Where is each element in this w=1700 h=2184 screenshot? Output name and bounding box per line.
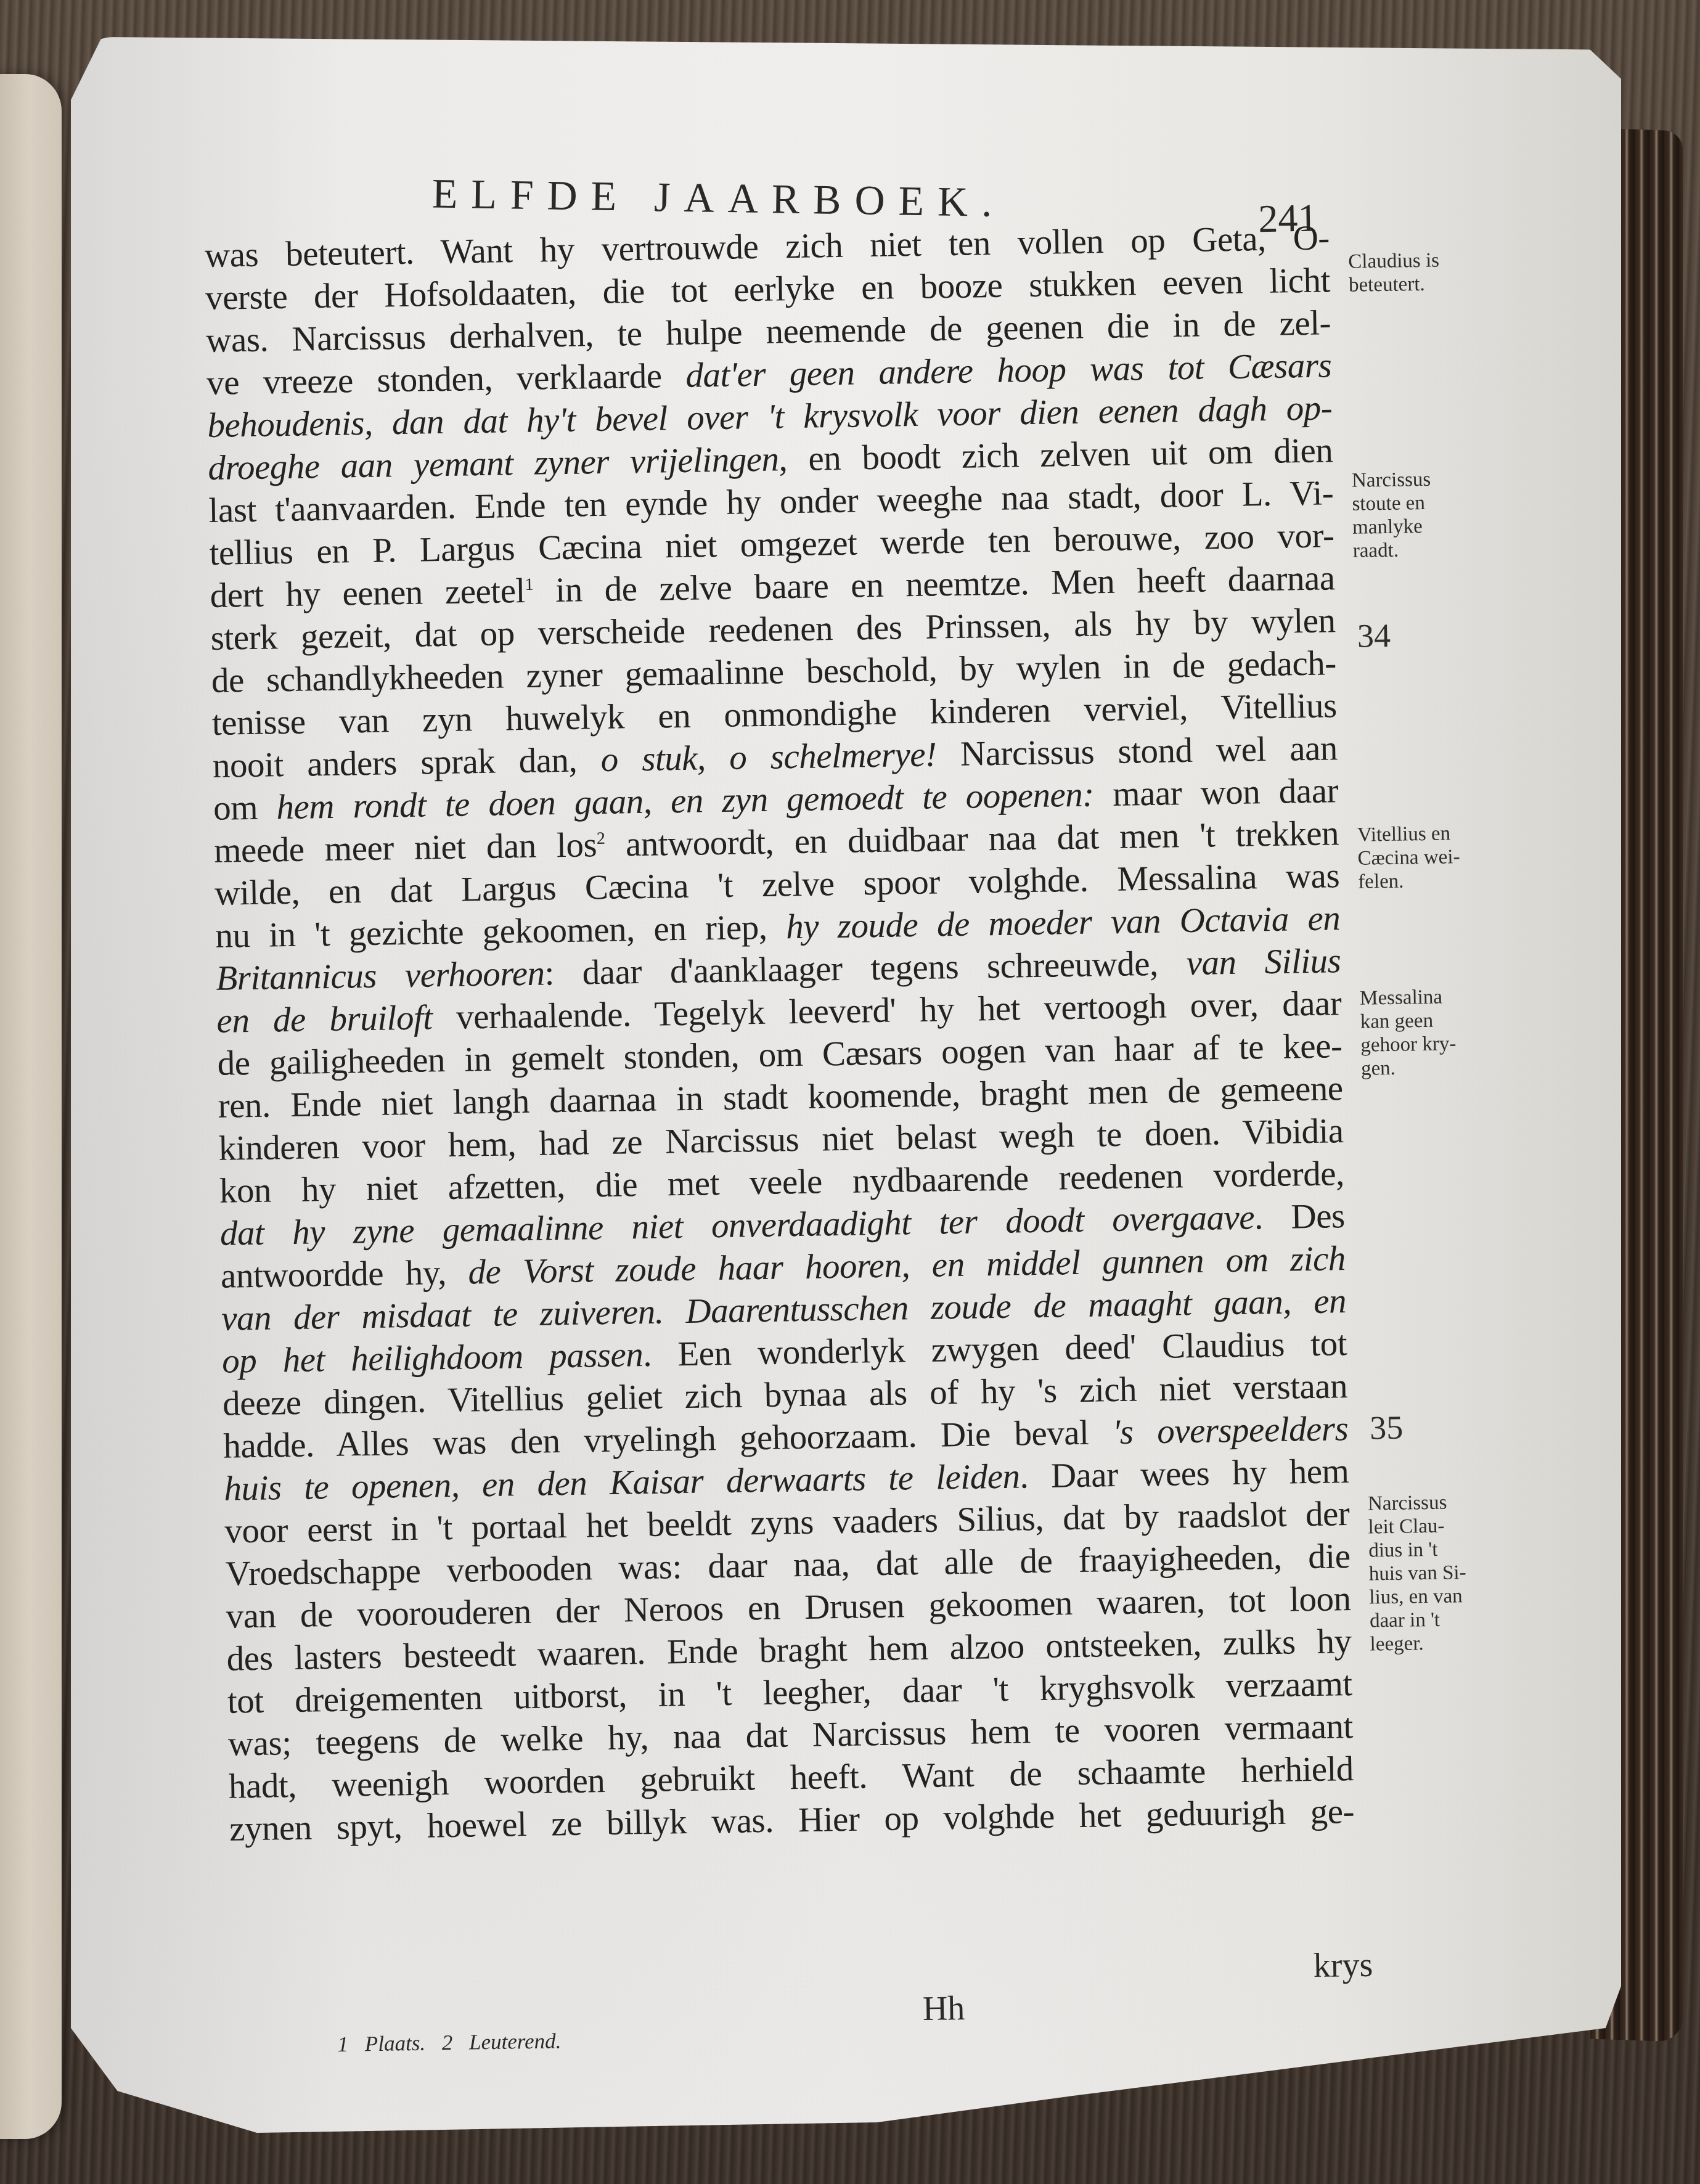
- margin-note-line: Narcissus: [1352, 468, 1431, 493]
- text-run: ve vreeze stonden, verklaarde: [206, 356, 686, 403]
- margin-note: Vitellius enCæcina wei-felen.: [1357, 822, 1461, 894]
- margin-note: Narcissusleit Clau-dius in 'thuis van Si…: [1368, 1491, 1468, 1656]
- margin-note-line: Vitellius en: [1357, 822, 1460, 847]
- margin-note-line: gen.: [1361, 1055, 1457, 1080]
- italic-run: en de bruiloft: [216, 998, 433, 1040]
- margin-note-line: daar in 't: [1370, 1608, 1467, 1632]
- italic-run: hy zoude de moeder van Octavia en: [786, 899, 1341, 946]
- italic-run: op het heilighdoom passen: [222, 1335, 644, 1381]
- margin-note: Narcissusstoute enmanlykeraadt.: [1352, 468, 1432, 563]
- text-run: , en boodt zich zelven uit om dien: [778, 431, 1333, 478]
- italic-run: Britannicus verhooren: [216, 954, 545, 997]
- margin-note-line: stoute en: [1352, 491, 1431, 516]
- running-title: ELFDE JAARBOEK.: [431, 170, 1006, 227]
- margin-note-line: dius in 't: [1368, 1537, 1466, 1562]
- margin-note: Claudius isbeteutert.: [1348, 249, 1440, 297]
- text-run: antwoordde hy,: [221, 1253, 469, 1295]
- section-number: 34: [1357, 616, 1391, 655]
- text-run: nu in 't gezichte gekoomen, en riep,: [215, 907, 787, 955]
- footnote-ref: 1: [525, 575, 533, 594]
- margin-note-line: Messalina: [1360, 985, 1455, 1010]
- margin-note-line: leeger.: [1370, 1631, 1467, 1656]
- margin-note-line: huis van Si-: [1369, 1561, 1466, 1585]
- italic-run: droeghe aan yemant zyner vrijelingen: [208, 440, 779, 488]
- margin-note-line: gehoor kry-: [1360, 1032, 1456, 1057]
- text-run: dert hy eenen zeetel: [210, 571, 525, 615]
- page-content: ELFDE JAARBOEK. 241 was beteutert. Want …: [203, 158, 1357, 1850]
- text-run: Narcissus stond wel aan: [936, 729, 1338, 774]
- margin-note-line: felen.: [1358, 869, 1460, 894]
- text-run: nooit anders sprak dan,: [213, 740, 602, 785]
- facing-page-edge: [0, 74, 62, 2139]
- catchword: krys: [1313, 1945, 1373, 1986]
- section-number: 35: [1370, 1409, 1404, 1447]
- text-run: om: [213, 788, 277, 828]
- margin-note-line: raadt.: [1352, 538, 1432, 563]
- text-run: . Daar wees hy hem: [1020, 1452, 1349, 1495]
- margin-note-line: lius, en van: [1369, 1584, 1466, 1609]
- margin-note-line: Claudius is: [1348, 249, 1439, 274]
- book-page: ELFDE JAARBOEK. 241 was beteutert. Want …: [71, 37, 1621, 2133]
- margin-note-line: Narcissus: [1368, 1491, 1465, 1515]
- margin-note-line: beteutert.: [1349, 272, 1440, 297]
- italic-run: o stuk, o schelmerye!: [600, 735, 937, 779]
- margin-note-line: leit Clau-: [1368, 1514, 1465, 1539]
- italic-run: van Silius: [1186, 941, 1341, 983]
- footnotes: 1 Plaats. 2 Leuterend.: [337, 2029, 561, 2057]
- text-run: . Des: [1254, 1196, 1346, 1237]
- footnote-ref: 2: [597, 829, 605, 848]
- body-text: was beteutert. Want hy vertrouwde zich n…: [204, 216, 1357, 1850]
- margin-note-line: manlyke: [1352, 515, 1432, 539]
- margin-note-line: Cæcina wei-: [1357, 845, 1460, 870]
- margin-note-line: kan geen: [1360, 1008, 1455, 1033]
- text-run: meede meer niet dan los: [214, 825, 597, 870]
- text-run: maar won daar: [1093, 771, 1338, 814]
- margin-note: Messalinakan geengehoor kry-gen.: [1360, 985, 1457, 1080]
- signature-mark: Hh: [922, 1989, 965, 2029]
- italic-run: 's overspeelders: [1113, 1409, 1349, 1452]
